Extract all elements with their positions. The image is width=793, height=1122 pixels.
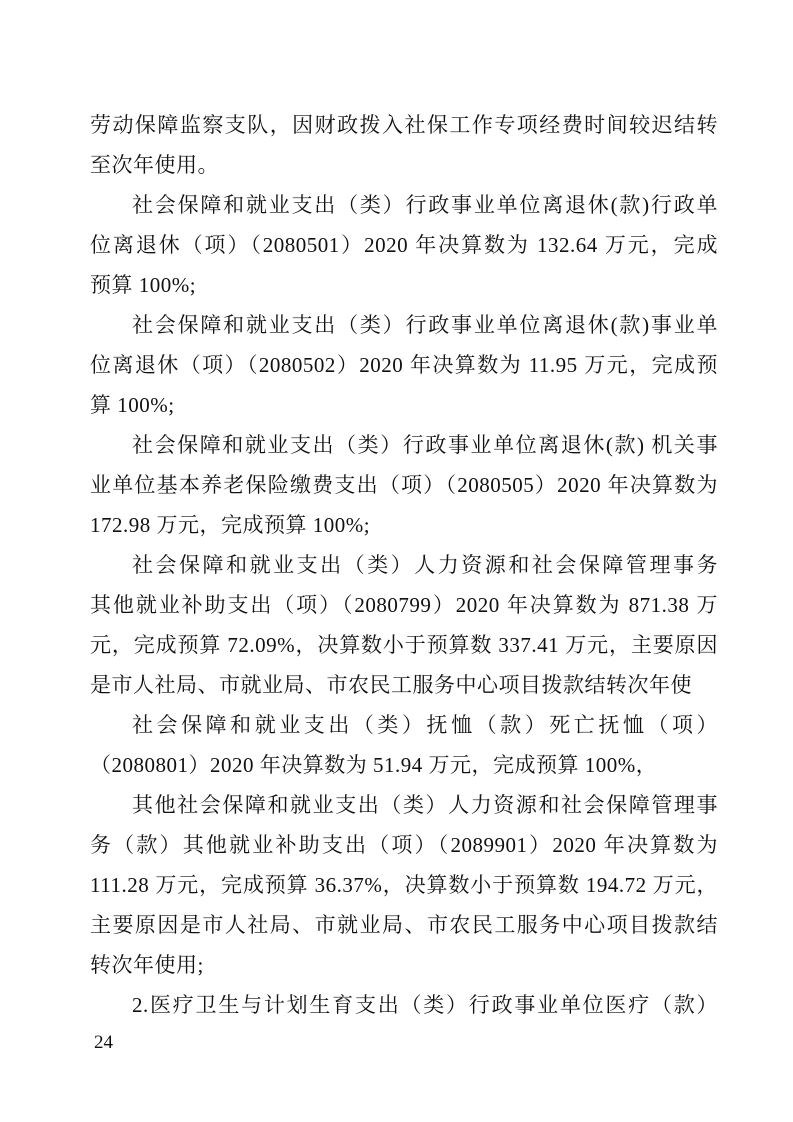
text-line: 位离退休（项）（2080502）2020 年决算数为 11.95 万元，完成预 (90, 345, 718, 385)
text-line: 主要原因是市人社局、市就业局、市农民工服务中心项目拨款结 (90, 905, 718, 945)
text-line: （2080801）2020 年决算数为 51.94 万元，完成预算 100%， (90, 745, 718, 785)
text-line: 社会保障和就业支出（类）行政事业单位离退休(款)行政单 (90, 185, 718, 225)
text-line: 元，完成预算 72.09%，决算数小于预算数 337.41 万元，主要原因 (90, 625, 718, 665)
text-line: 转次年使用; (90, 945, 718, 985)
text-line: 位离退休（项）（2080501）2020 年决算数为 132.64 万元，完成 (90, 225, 718, 265)
text-line: 社会保障和就业支出（类）行政事业单位离退休(款) 机关事 (90, 425, 718, 465)
text-line: 劳动保障监察支队，因财政拨入社保工作专项经费时间较迟结转 (90, 105, 718, 145)
text-line: 2.医疗卫生与计划生育支出（类）行政事业单位医疗（款） (90, 985, 718, 1025)
text-line: 172.98 万元，完成预算 100%; (90, 505, 718, 545)
page-number: 24 (94, 1028, 113, 1058)
text-line: 是市人社局、市就业局、市农民工服务中心项目拨款结转次年使用; (90, 665, 718, 705)
text-line: 其他社会保障和就业支出（类）人力资源和社会保障管理事 (90, 785, 718, 825)
text-line: 其他就业补助支出（项）（2080799）2020 年决算数为 871.38 万 (90, 585, 718, 625)
document-body: 劳动保障监察支队，因财政拨入社保工作专项经费时间较迟结转至次年使用。社会保障和就… (90, 105, 718, 1025)
text-line: 社会保障和就业支出（类）行政事业单位离退休(款)事业单 (90, 305, 718, 345)
text-line: 至次年使用。 (90, 145, 718, 185)
text-line: 算 100%; (90, 385, 718, 425)
text-line: 社会保障和就业支出（类）人力资源和社会保障管理事务（款） (90, 545, 718, 585)
text-line: 社会保障和就业支出（类）抚恤（款）死亡抚恤（项） (90, 705, 718, 745)
text-line: 务（款）其他就业补助支出（项）（2089901）2020 年决算数为 (90, 825, 718, 865)
text-line: 111.28 万元，完成预算 36.37%，决算数小于预算数 194.72 万元… (90, 865, 718, 905)
text-line: 业单位基本养老保险缴费支出（项）（2080505）2020 年决算数为 (90, 465, 718, 505)
document-page: 劳动保障监察支队，因财政拨入社保工作专项经费时间较迟结转至次年使用。社会保障和就… (0, 0, 793, 1122)
text-line: 预算 100%; (90, 265, 718, 305)
